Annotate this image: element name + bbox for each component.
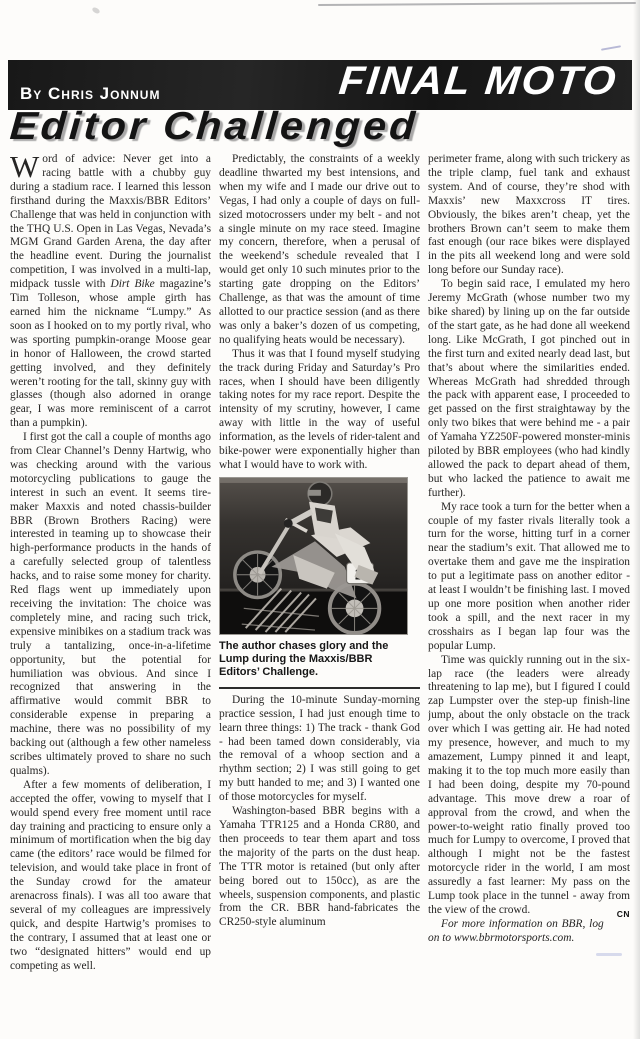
photo-frame: 2 — [219, 477, 408, 635]
paragraph-text: Time was quickly running out in the six-… — [428, 654, 630, 916]
end-mark: CN — [604, 908, 630, 922]
paragraph: My race took a turn for the better when … — [428, 501, 630, 654]
race-photo: PHOTO BY STEVE BRUHN — [219, 477, 420, 689]
photo-caption: The author chases glory and the Lump dur… — [219, 640, 408, 679]
article-title: Editor Challenged — [9, 106, 420, 148]
scan-artifact — [601, 45, 621, 50]
article-column-2: Predictably, the constraints of a weekly… — [219, 153, 420, 1037]
drop-cap: W — [10, 153, 42, 179]
scan-artifact — [318, 2, 636, 6]
paragraph: Time was quickly running out in the six-… — [428, 654, 630, 918]
helmet-visor — [308, 490, 321, 496]
front-spokes — [237, 554, 279, 595]
paragraph: After a few moments of deliberation, I a… — [10, 779, 211, 974]
magazine-page: FINAL MOTO By Chris Jonnum Editor Challe… — [0, 0, 640, 1039]
magazine-name: Dirt Bike — [110, 278, 154, 290]
caption-divider — [219, 687, 420, 689]
paragraph: Thus it was that I found myself studying… — [219, 348, 420, 473]
scan-artifact — [633, 0, 640, 1039]
paragraph: perimeter frame, along with such tricker… — [428, 153, 630, 278]
article-column-3: perimeter frame, along with such tricker… — [428, 153, 630, 1037]
motocross-photo-illustration: 2 — [220, 478, 407, 634]
scan-artifact — [91, 6, 100, 14]
paragraph: Washington-based BBR begins with a Yamah… — [219, 805, 420, 930]
byline: By Chris Jonnum — [20, 84, 160, 104]
article-column-1: Word of advice: Never get into a racing … — [10, 153, 211, 1037]
paragraph: Word of advice: Never get into a racing … — [10, 153, 211, 431]
paragraph-text: magazine’s Tim Tolleson, whose ample gir… — [10, 278, 211, 429]
article-body: Word of advice: Never get into a racing … — [10, 153, 630, 1037]
masthead-bar: FINAL MOTO By Chris Jonnum — [8, 60, 632, 110]
footer-note: For more information on BBR, log on to w… — [428, 918, 630, 946]
photo-top-glare — [220, 478, 407, 483]
paragraph: During the 10-minute Sunday-morning prac… — [219, 694, 420, 805]
column-masthead: FINAL MOTO — [337, 59, 620, 103]
glove — [284, 519, 293, 528]
paragraph: Predictably, the constraints of a weekly… — [219, 153, 420, 348]
paragraph: To begin said race, I emulated my hero J… — [428, 278, 630, 501]
photo-credit: PHOTO BY STEVE BRUHN — [219, 538, 221, 633]
paragraph: I first got the call a couple of months … — [10, 431, 211, 779]
